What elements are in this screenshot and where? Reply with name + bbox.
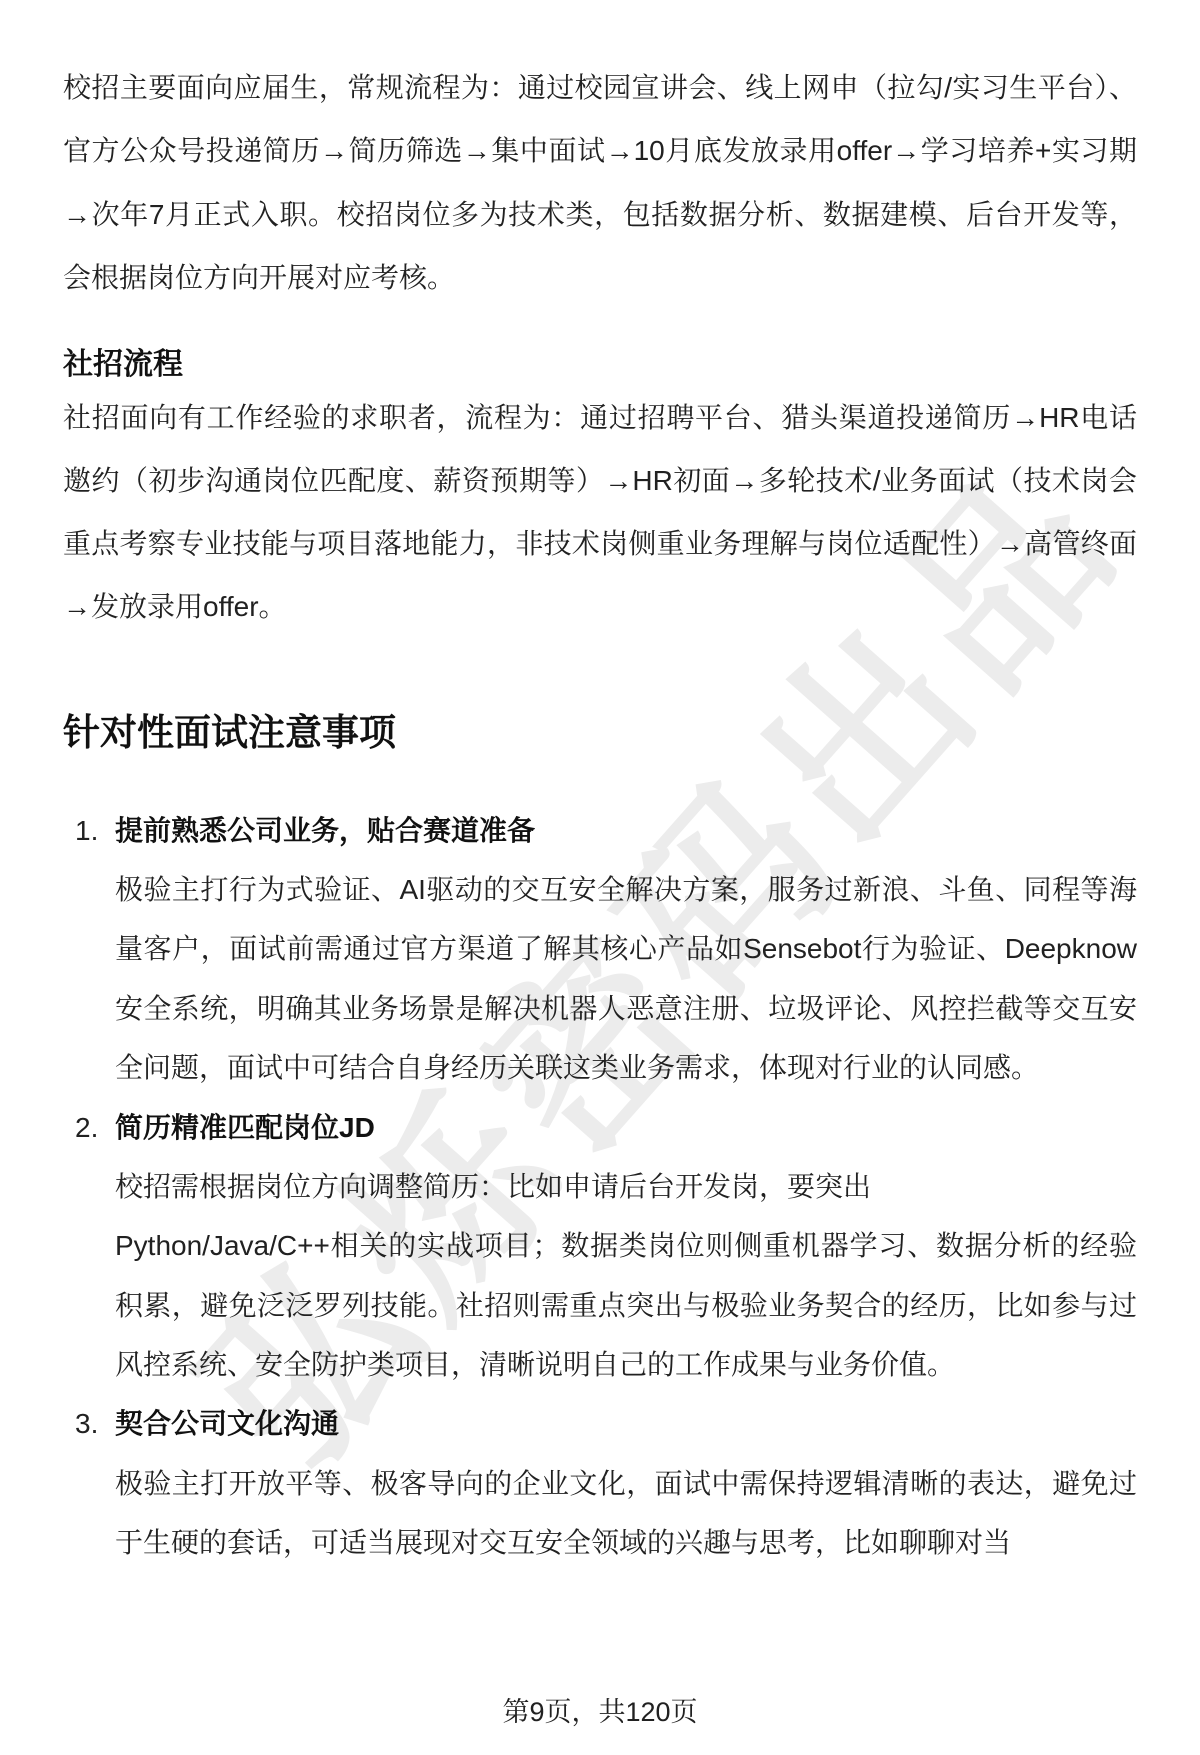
tip-item-resume-match-jd: 2. 简历精准匹配岗位JD 校招需根据岗位方向调整简历：比如申请后台开发岗，要突… [115,1098,1137,1395]
tip-body: 极验主打开放平等、极客导向的企业文化，面试中需保持逻辑清晰的表达，避免过于生硬的… [115,1454,1137,1573]
tip-item-know-company-business: 1. 提前熟悉公司业务，贴合赛道准备 极验主打行为式验证、AI驱动的交互安全解决… [115,801,1137,1098]
heading-targeted-interview-tips: 针对性面试注意事项 [63,709,1137,757]
page-number-footer: 第9页，共120页 [0,1690,1200,1729]
paragraph-campus-recruiting: 校招主要面向应届生，常规流程为：通过校园宣讲会、线上网申（拉勾/实习生平台）、官… [63,56,1137,309]
tip-body: 校招需根据岗位方向调整简历：比如申请后台开发岗，要突出 Python/Java/… [115,1157,1137,1394]
paragraph-social-recruiting: 社招面向有工作经验的求职者，流程为：通过招聘平台、猎头渠道投递简历→HR电话邀约… [63,386,1137,639]
tip-number: 2. [75,1098,98,1157]
heading-social-recruiting-process: 社招流程 [63,345,1137,386]
tip-item-fit-company-culture: 3. 契合公司文化沟通 极验主打开放平等、极客导向的企业文化，面试中需保持逻辑清… [115,1394,1137,1572]
document-page: 弘烁密码出品 校招主要面向应届生，常规流程为：通过校园宣讲会、线上网申（拉勾/实… [0,0,1200,1755]
tip-number: 1. [75,801,98,860]
tip-title: 契合公司文化沟通 [115,1394,1137,1453]
page-content: 校招主要面向应届生，常规流程为：通过校园宣讲会、线上网申（拉勾/实习生平台）、官… [0,0,1200,1572]
tip-title: 简历精准匹配岗位JD [115,1098,1137,1157]
tip-title: 提前熟悉公司业务，贴合赛道准备 [115,801,1137,860]
tip-body: 极验主打行为式验证、AI驱动的交互安全解决方案，服务过新浪、斗鱼、同程等海量客户… [115,860,1137,1097]
tip-number: 3. [75,1394,98,1453]
tips-list: 1. 提前熟悉公司业务，贴合赛道准备 极验主打行为式验证、AI驱动的交互安全解决… [63,801,1137,1573]
